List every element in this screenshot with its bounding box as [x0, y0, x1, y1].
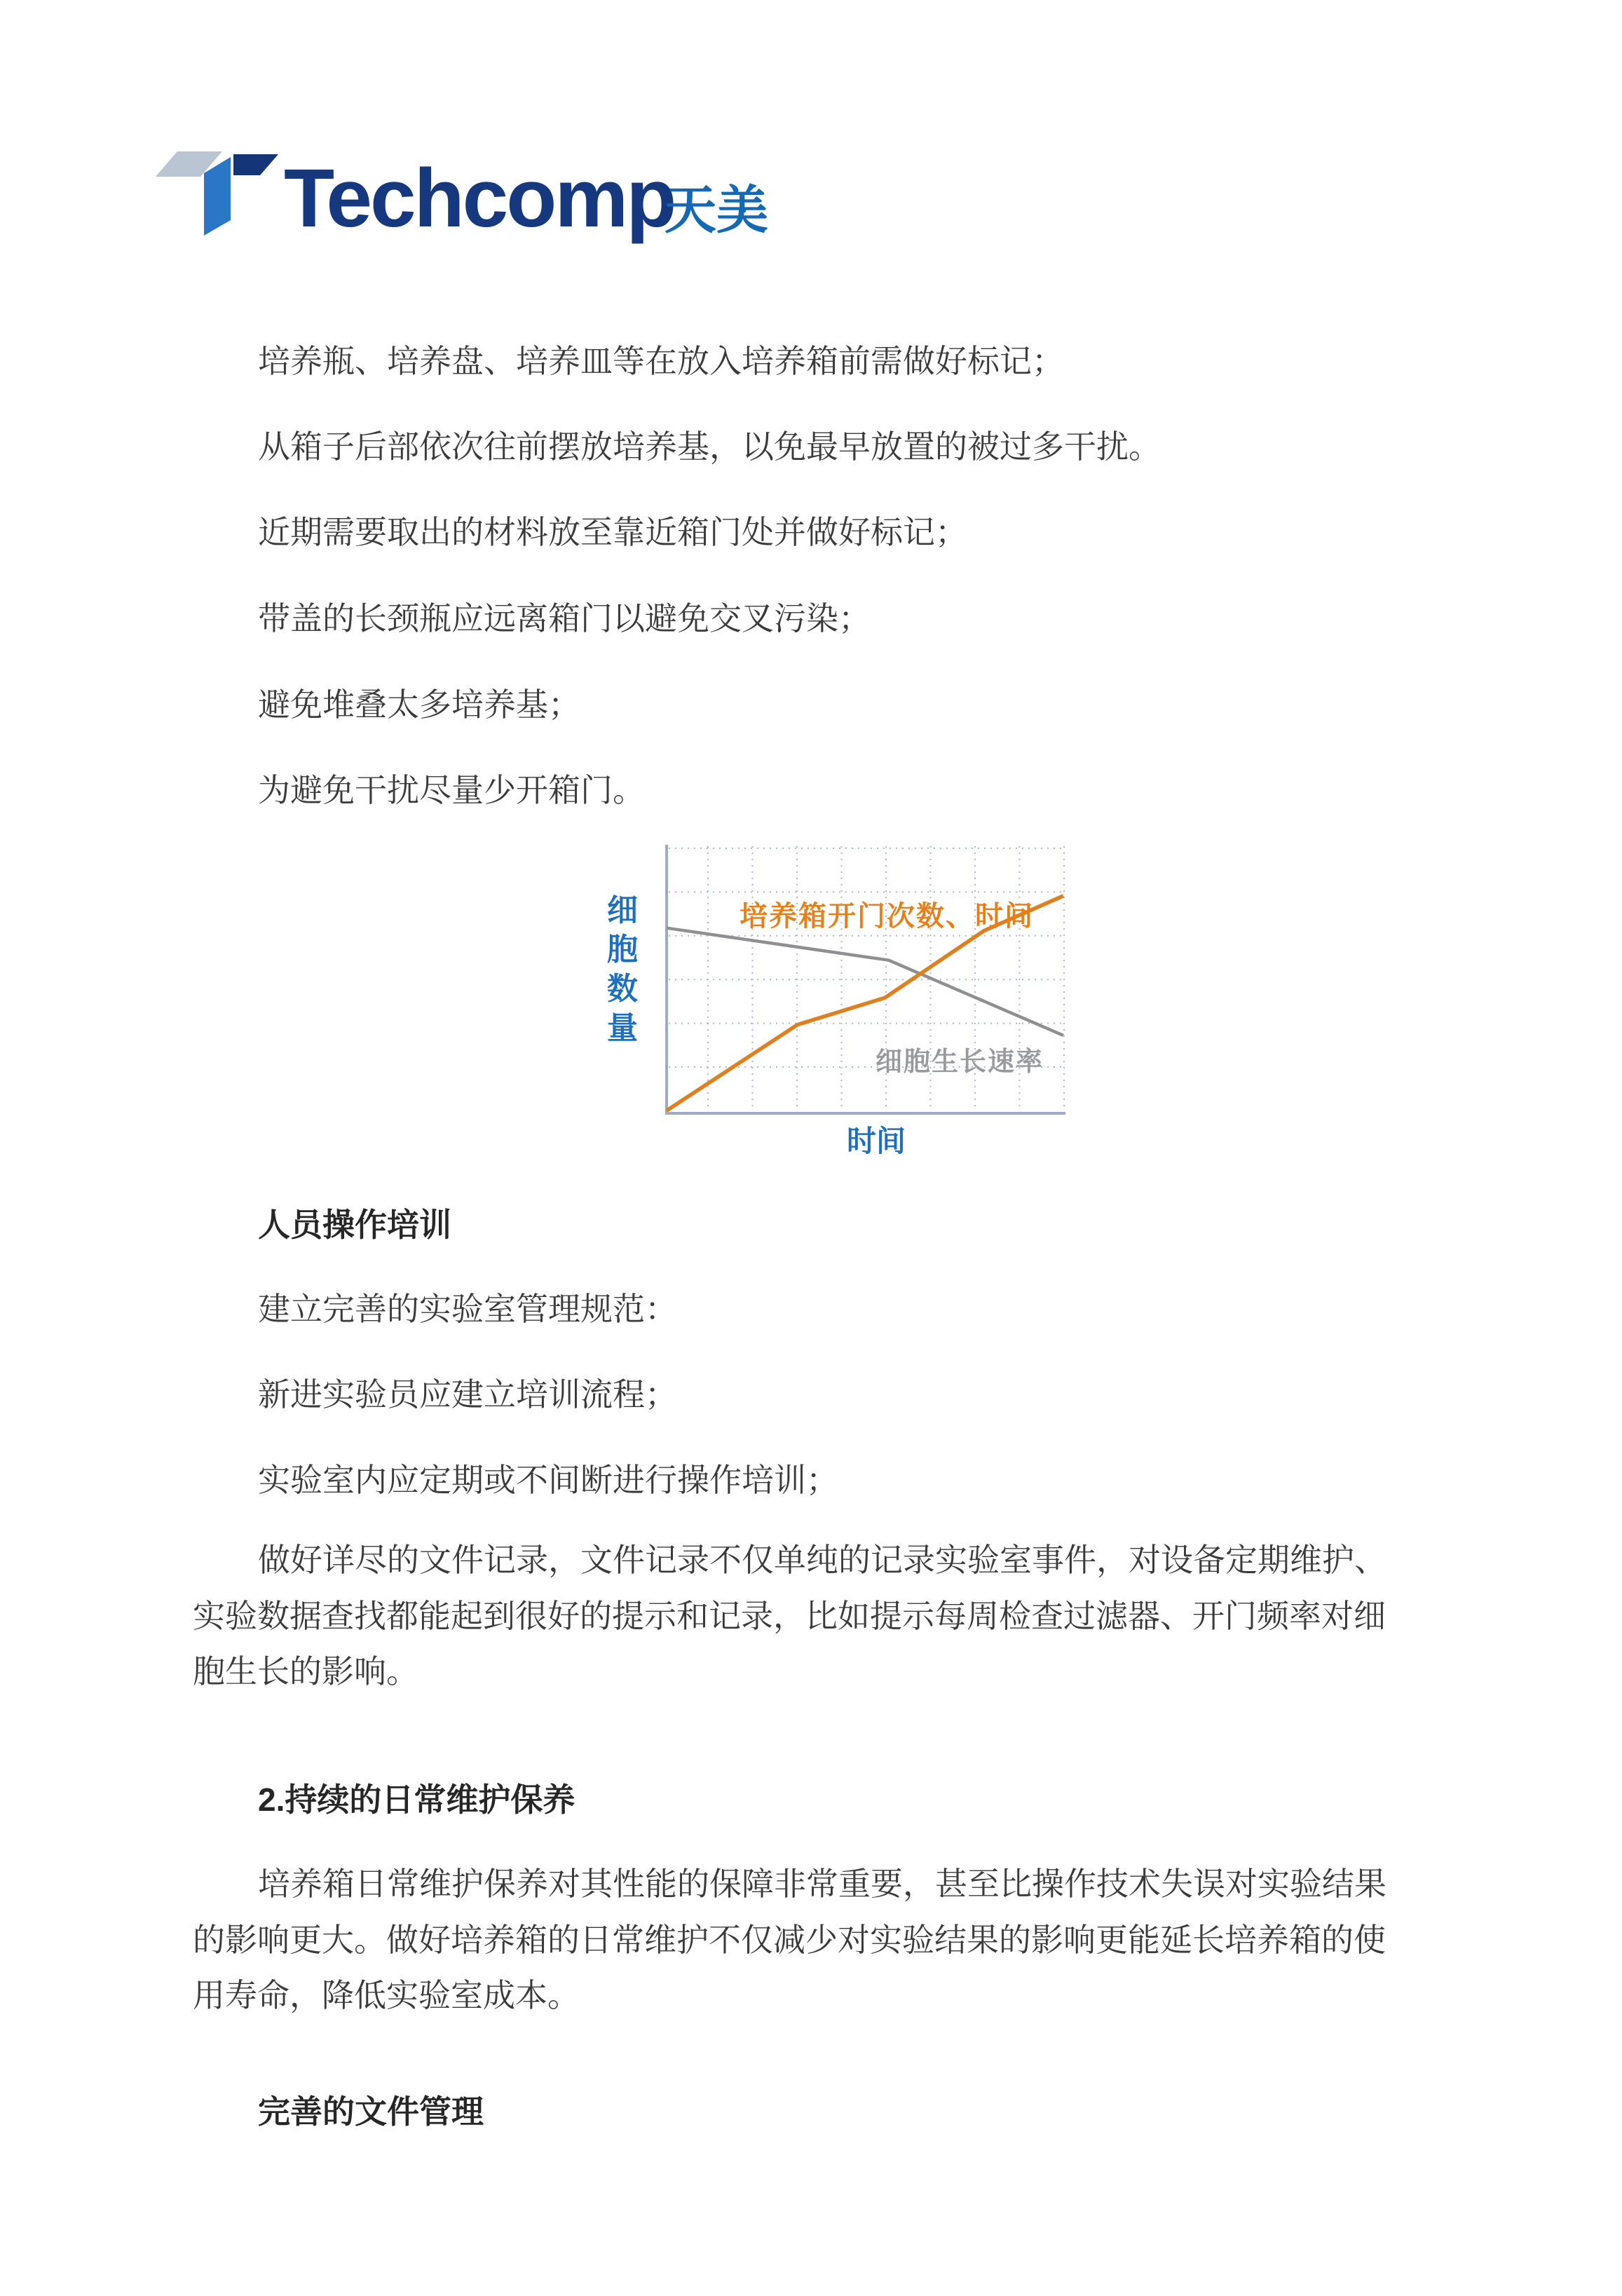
brand-name-cn: 天美	[665, 184, 768, 236]
docs-heading: 完善的文件管理	[258, 2093, 484, 2131]
training-line: 实验室内应定期或不间断进行操作培训；	[258, 1461, 838, 1500]
document-page: Techcomp 天美 培养瓶、培养盘、培养皿等在放入培养箱前需做好标记； 从箱…	[0, 0, 1622, 2296]
training-line: 新进实验员应建立培训流程；	[258, 1375, 677, 1414]
intro-line: 近期需要取出的材料放至靠近箱门处并做好标记；	[258, 513, 967, 552]
intro-line: 培养瓶、培养盘、培养皿等在放入培养箱前需做好标记；	[258, 342, 1064, 381]
cell-growth-label: 细胞生长速率	[875, 1040, 1044, 1078]
maintenance-paragraph-line: 的影响更大。做好培养箱的日常维护不仅减少对实验结果的影响更能延长培养箱的使	[193, 1921, 1386, 1959]
intro-line: 为避免干扰尽量少开箱门。	[258, 771, 645, 810]
maintenance-heading: 2.持续的日常维护保养	[258, 1781, 575, 1819]
techcomp-logo: Techcomp 天美	[151, 130, 992, 277]
y-axis-label: 细胞数量	[605, 891, 640, 1048]
chart-figure: 细胞数量 培养箱开门次数、时间 细胞生长速率 时间	[599, 831, 1083, 1167]
techcomp-logo-mark-icon	[151, 147, 284, 242]
maintenance-paragraph-line: 用寿命，降低实验室成本。	[193, 1976, 580, 2015]
records-paragraph-line: 胞生长的影响。	[193, 1652, 418, 1691]
intro-line: 带盖的长颈瓶应远离箱门以避免交叉污染；	[258, 599, 871, 638]
records-paragraph-line: 做好详尽的文件记录，文件记录不仅单纯的记录实验室事件，对设备定期维护、	[193, 1541, 1386, 1580]
brand-name: Techcomp	[284, 157, 674, 240]
training-line: 建立完善的实验室管理规范：	[258, 1290, 677, 1329]
x-axis-label: 时间	[831, 1118, 922, 1160]
training-heading: 人员操作培训	[258, 1206, 451, 1244]
maintenance-paragraph-line: 培养箱日常维护保养对其性能的保障非常重要，甚至比操作技术失误对实验结果	[193, 1865, 1386, 1903]
chart-title: 培养箱开门次数、时间	[740, 894, 1034, 934]
intro-line: 从箱子后部依次往前摆放培养基，以免最早放置的被过多干扰。	[258, 428, 1161, 466]
intro-line: 避免堆叠太多培养基；	[258, 686, 580, 724]
cell-growth-line	[667, 928, 1063, 1035]
records-paragraph-line: 实验数据查找都能起到很好的提示和记录，比如提示每周检查过滤器、开门频率对细	[193, 1597, 1386, 1636]
